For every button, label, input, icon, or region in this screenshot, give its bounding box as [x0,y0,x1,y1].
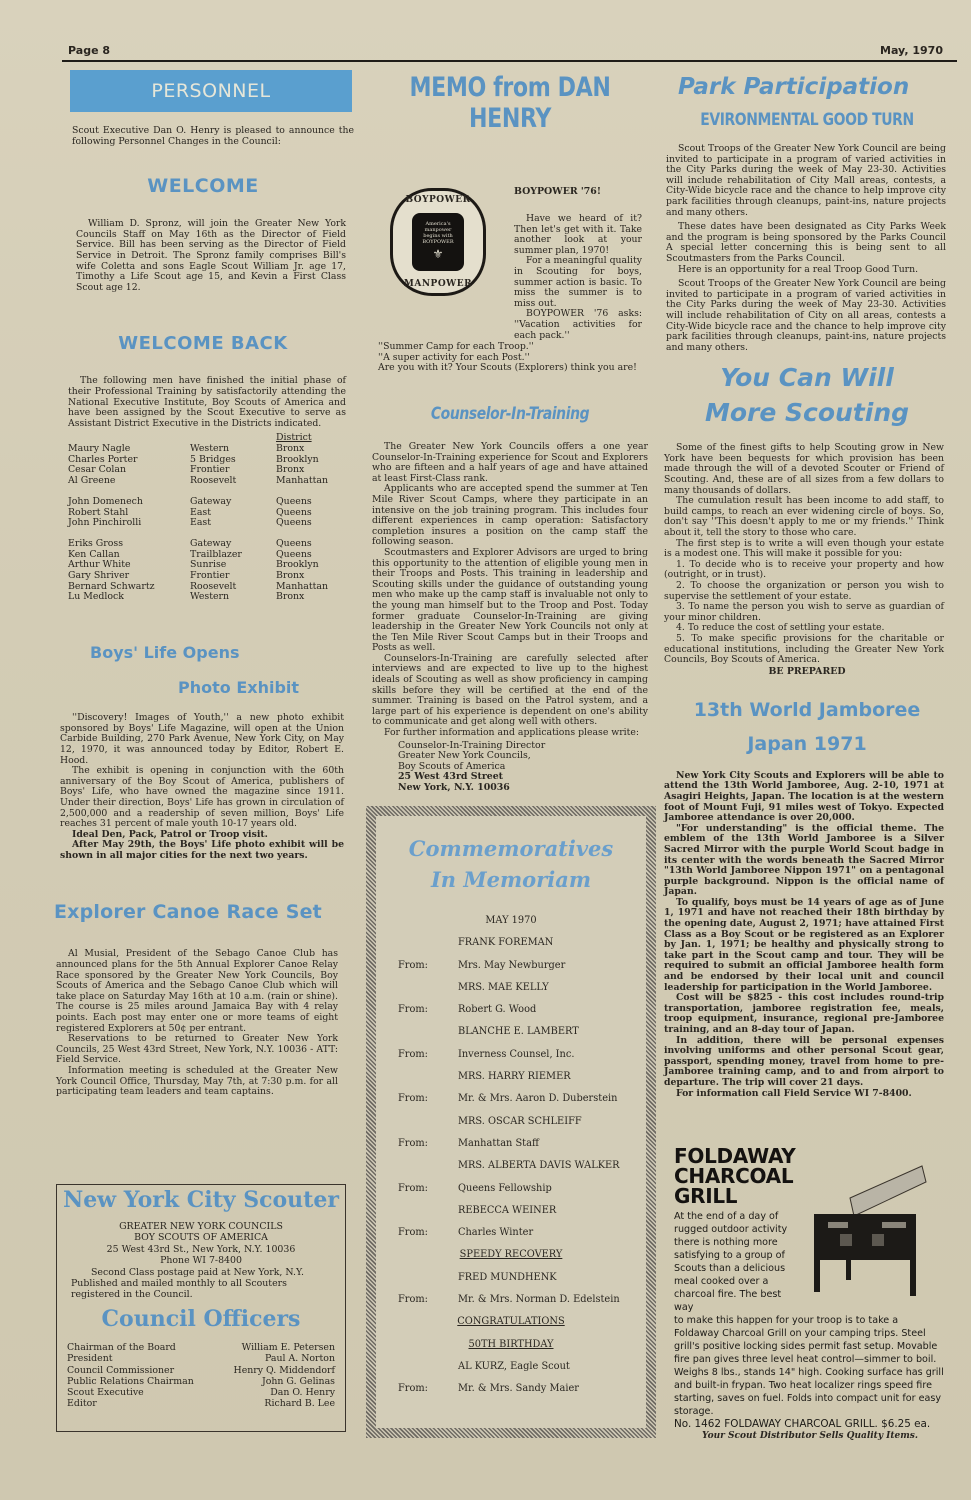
memoriam-section-heading: 50TH BIRTHDAY [376,1334,646,1356]
borough: Bronx [276,592,356,603]
borough: Queens [276,518,356,529]
personnel-intro: Scout Executive Dan O. Henry is pleased … [72,126,354,147]
masthead-postage: Second Class postage paid at New York, N… [57,1267,345,1301]
masthead-box: New York City Scouter GREATER NEW YORK C… [56,1184,346,1432]
page-number: Page 8 [68,44,110,57]
officers-list: Chairman of the BoardPresidentCouncil Co… [57,1342,345,1409]
welcome-back-text: The following men have finished the init… [68,376,346,429]
memoriam-from: Inverness Counsel, Inc. [458,1044,646,1066]
jamboree-heading-2: Japan 1971 [664,733,950,755]
district-name: Western [190,592,276,603]
will-heading-1: You Can Will [664,363,950,392]
borough: Queens [276,497,356,508]
memo-text-narrow: Have we heard of it? Then let's get with… [514,214,642,341]
welcome-heading: WELCOME [52,175,354,197]
memoriam-from: Mrs. May Newburger [458,955,646,977]
memoriam-name: MRS. MAE KELLY [458,977,646,999]
grill-ad-product: No. 1462 FOLDAWAY CHARCOAL GRILL. $6.25 … [674,1418,946,1431]
masthead-address: GREATER NEW YORK COUNCILS BOY SCOUTS OF … [57,1221,345,1267]
column-right: Park Participation EVIRONMENTAL GOOD TUR… [664,66,950,1099]
column-middle: MEMO from DAN HENRY BOYPOWER MANPOWER Am… [362,66,658,794]
memoriam-box: Commemoratives In Memoriam MAY 1970 FRAN… [366,806,656,1438]
memoriam-name: FRED MUNDHENK [458,1267,646,1289]
masthead-title: New York City Scouter [57,1187,345,1213]
memoriam-from: Charles Winter [458,1222,646,1244]
personnel-banner: PERSONNEL [70,70,352,112]
header-rule [62,60,957,62]
memoriam-section-heading: CONGRATULATIONS [376,1311,646,1333]
memoriam-title-2: In Memoriam [376,867,646,892]
jamboree-text: New York City Scouts and Explorers will … [664,771,944,1099]
memoriam-name: MRS. HARRY RIEMER [458,1066,646,1088]
grill-ad-text-wide: to make this happen for your troop is to… [674,1314,944,1418]
memoriam-name: MRS. ALBERTA DAVIS WALKER [458,1155,646,1177]
charcoal-grill-photo [810,1158,930,1298]
column-left: PERSONNEL Scout Executive Dan O. Henry i… [52,66,354,1098]
will-closing: BE PREPARED [664,666,950,677]
parks-heading: Park Participation [678,74,950,100]
cit-heading: Counselor-In-Training [389,404,632,424]
memo-heading: MEMO from DAN HENRY [389,72,632,134]
parks-subheading: EVIRONMENTAL GOOD TURN [690,110,925,130]
cit-address: Counselor-In-Training Director Greater N… [398,741,658,794]
issue-date: May, 1970 [880,44,943,57]
grill-ad-tagline: Your Scout Distributor Sells Quality Ite… [674,1431,946,1441]
memoriam-from: Robert G. Wood [458,999,646,1021]
district-name: Roosevelt [190,476,276,487]
welcome-back-heading: WELCOME BACK [52,333,354,354]
memoriam-from: Mr. & Mrs. Aaron D. Duberstein [458,1088,646,1110]
cit-text: The Greater New York Councils offers a o… [372,442,648,739]
parks-text: Scout Troops of the Greater New York Cou… [666,144,946,353]
memo-text-wide: ''Summer Camp for each Troop.'' ''A supe… [366,342,646,374]
fleur-de-lis-icon: ⚜ [412,247,464,261]
assignee-name: Lu Medlock [68,592,190,603]
memoriam-from: Queens Fellowship [458,1178,646,1200]
canoe-heading: Explorer Canoe Race Set [54,901,354,923]
borough: Manhattan [276,476,356,487]
newspaper-page: Page 8 May, 1970 PERSONNEL Scout Executi… [0,0,971,1500]
memoriam-name: BLANCHE E. LAMBERT [458,1021,646,1043]
district-name: Gateway [190,497,276,508]
will-heading-2: More Scouting [664,398,950,427]
boypower-badge: BOYPOWER MANPOWER America's manpower beg… [390,188,486,296]
officers-heading: Council Officers [57,1306,345,1332]
memo-subhead: BOYPOWER '76! [514,186,601,197]
memoriam-from: Mr. & Mrs. Sandy Maier [458,1378,646,1400]
will-text: Some of the finest gifts to help Scoutin… [664,443,944,665]
assignee-name: John Pinchirolli [68,518,190,529]
memoriam-name: REBECCA WEINER [458,1200,646,1222]
grill-icon [810,1158,930,1298]
memoriam-from: Manhattan Staff [458,1133,646,1155]
memoriam-list: MAY 1970 FRANK FOREMAN From:Mrs. May New… [376,910,646,1401]
boys-life-heading-1: Boys' Life Opens [90,643,354,662]
memoriam-title-1: Commemoratives [376,836,646,861]
boys-life-text: ''Discovery! Images of Youth,'' a new ph… [60,713,344,861]
memoriam-name: MRS. OSCAR SCHLEIFF [458,1111,646,1133]
memo-section: BOYPOWER MANPOWER America's manpower beg… [362,134,658,354]
memoriam-month: MAY 1970 [376,910,646,932]
boys-life-heading-2: Photo Exhibit [178,678,354,697]
assignee-name: Al Greene [68,476,190,487]
assignee-name: John Domenech [68,497,190,508]
district-name: East [190,518,276,529]
welcome-text: William D. Spronz, will join the Greater… [76,219,346,293]
memoriam-from: Mr. & Mrs. Norman D. Edelstein [458,1289,646,1311]
jamboree-heading-1: 13th World Jamboree [664,699,950,721]
memoriam-section-heading: SPEEDY RECOVERY [376,1244,646,1266]
memoriam-name: AL KURZ, Eagle Scout [458,1356,646,1378]
badge-center: America's manpower begins with BOYPOWER … [412,213,464,271]
grill-ad: FOLDAWAY CHARCOAL GRILL At the end of a … [674,1146,946,1438]
canoe-text: Al Musial, President of the Sebago Canoe… [56,949,338,1097]
assignments-table: District Maury NagleWesternBronx Charles… [68,433,354,603]
memoriam-name: FRANK FOREMAN [458,932,646,954]
grill-ad-text-narrow: At the end of a day of rugged outdoor ac… [674,1210,798,1314]
